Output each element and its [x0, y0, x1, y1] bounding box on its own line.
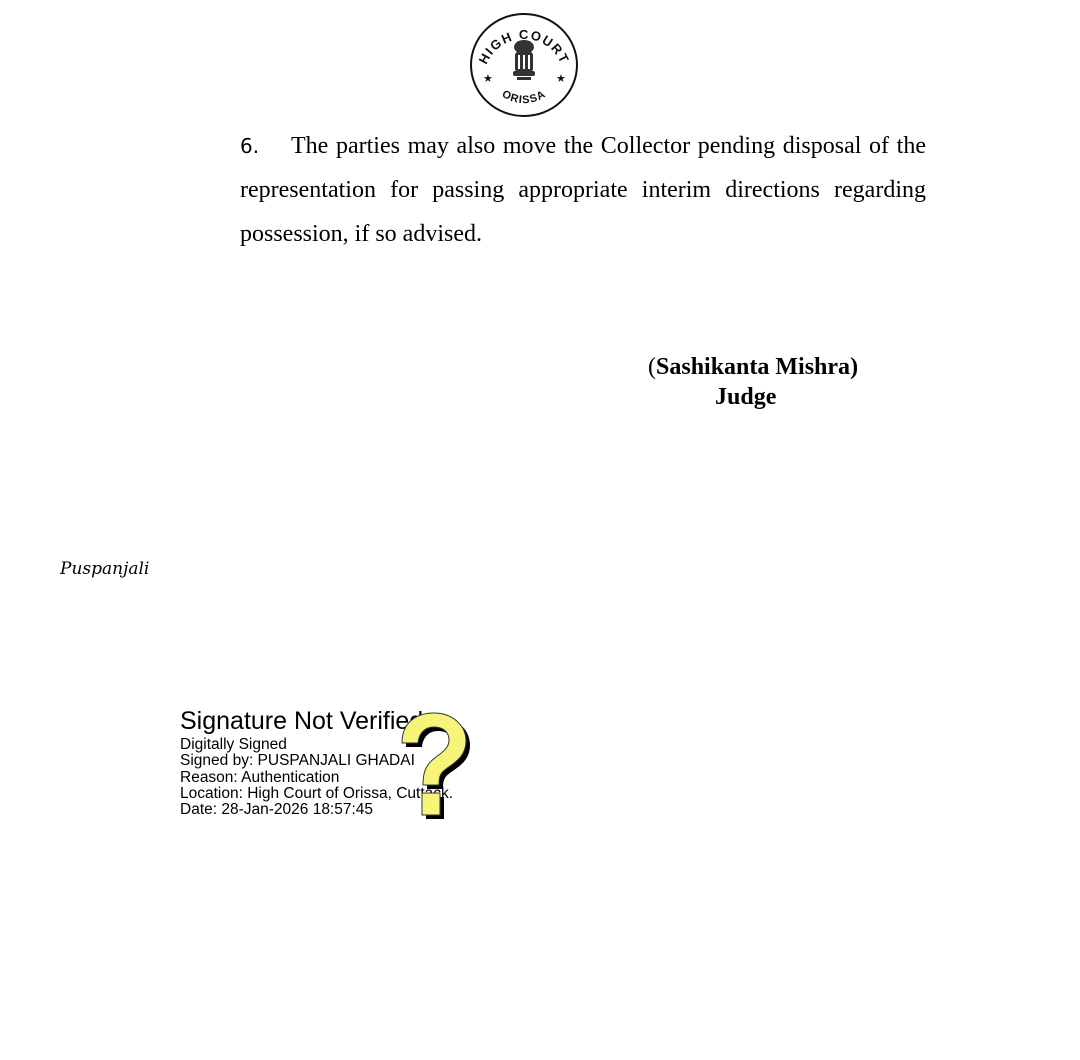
close-paren: ): [850, 354, 858, 380]
svg-text:ORISSA: ORISSA: [500, 88, 548, 106]
typist-initials: Puspanjali: [60, 559, 149, 579]
question-mark-icon: [396, 711, 472, 821]
open-paren: (: [648, 354, 656, 380]
svg-text:★: ★: [556, 73, 566, 85]
digital-signature-block[interactable]: Signature Not Verified Digitally Signed …: [180, 705, 453, 818]
order-paragraph: 6.The parties may also move the Collecto…: [240, 124, 926, 256]
paragraph-text: The parties may also move the Collector …: [240, 133, 926, 247]
paragraph-number: 6.: [240, 124, 291, 168]
high-court-seal: HIGH COURT ORISSA ★ ★: [469, 12, 579, 118]
judge-name-text: Sashikanta Mishra: [656, 354, 850, 380]
svg-text:★: ★: [483, 73, 493, 85]
judge-name: (Sashikanta Mishra): [648, 354, 858, 381]
judge-designation: Judge: [715, 384, 776, 411]
court-emblem-seal-icon: HIGH COURT ORISSA ★ ★: [469, 12, 579, 118]
